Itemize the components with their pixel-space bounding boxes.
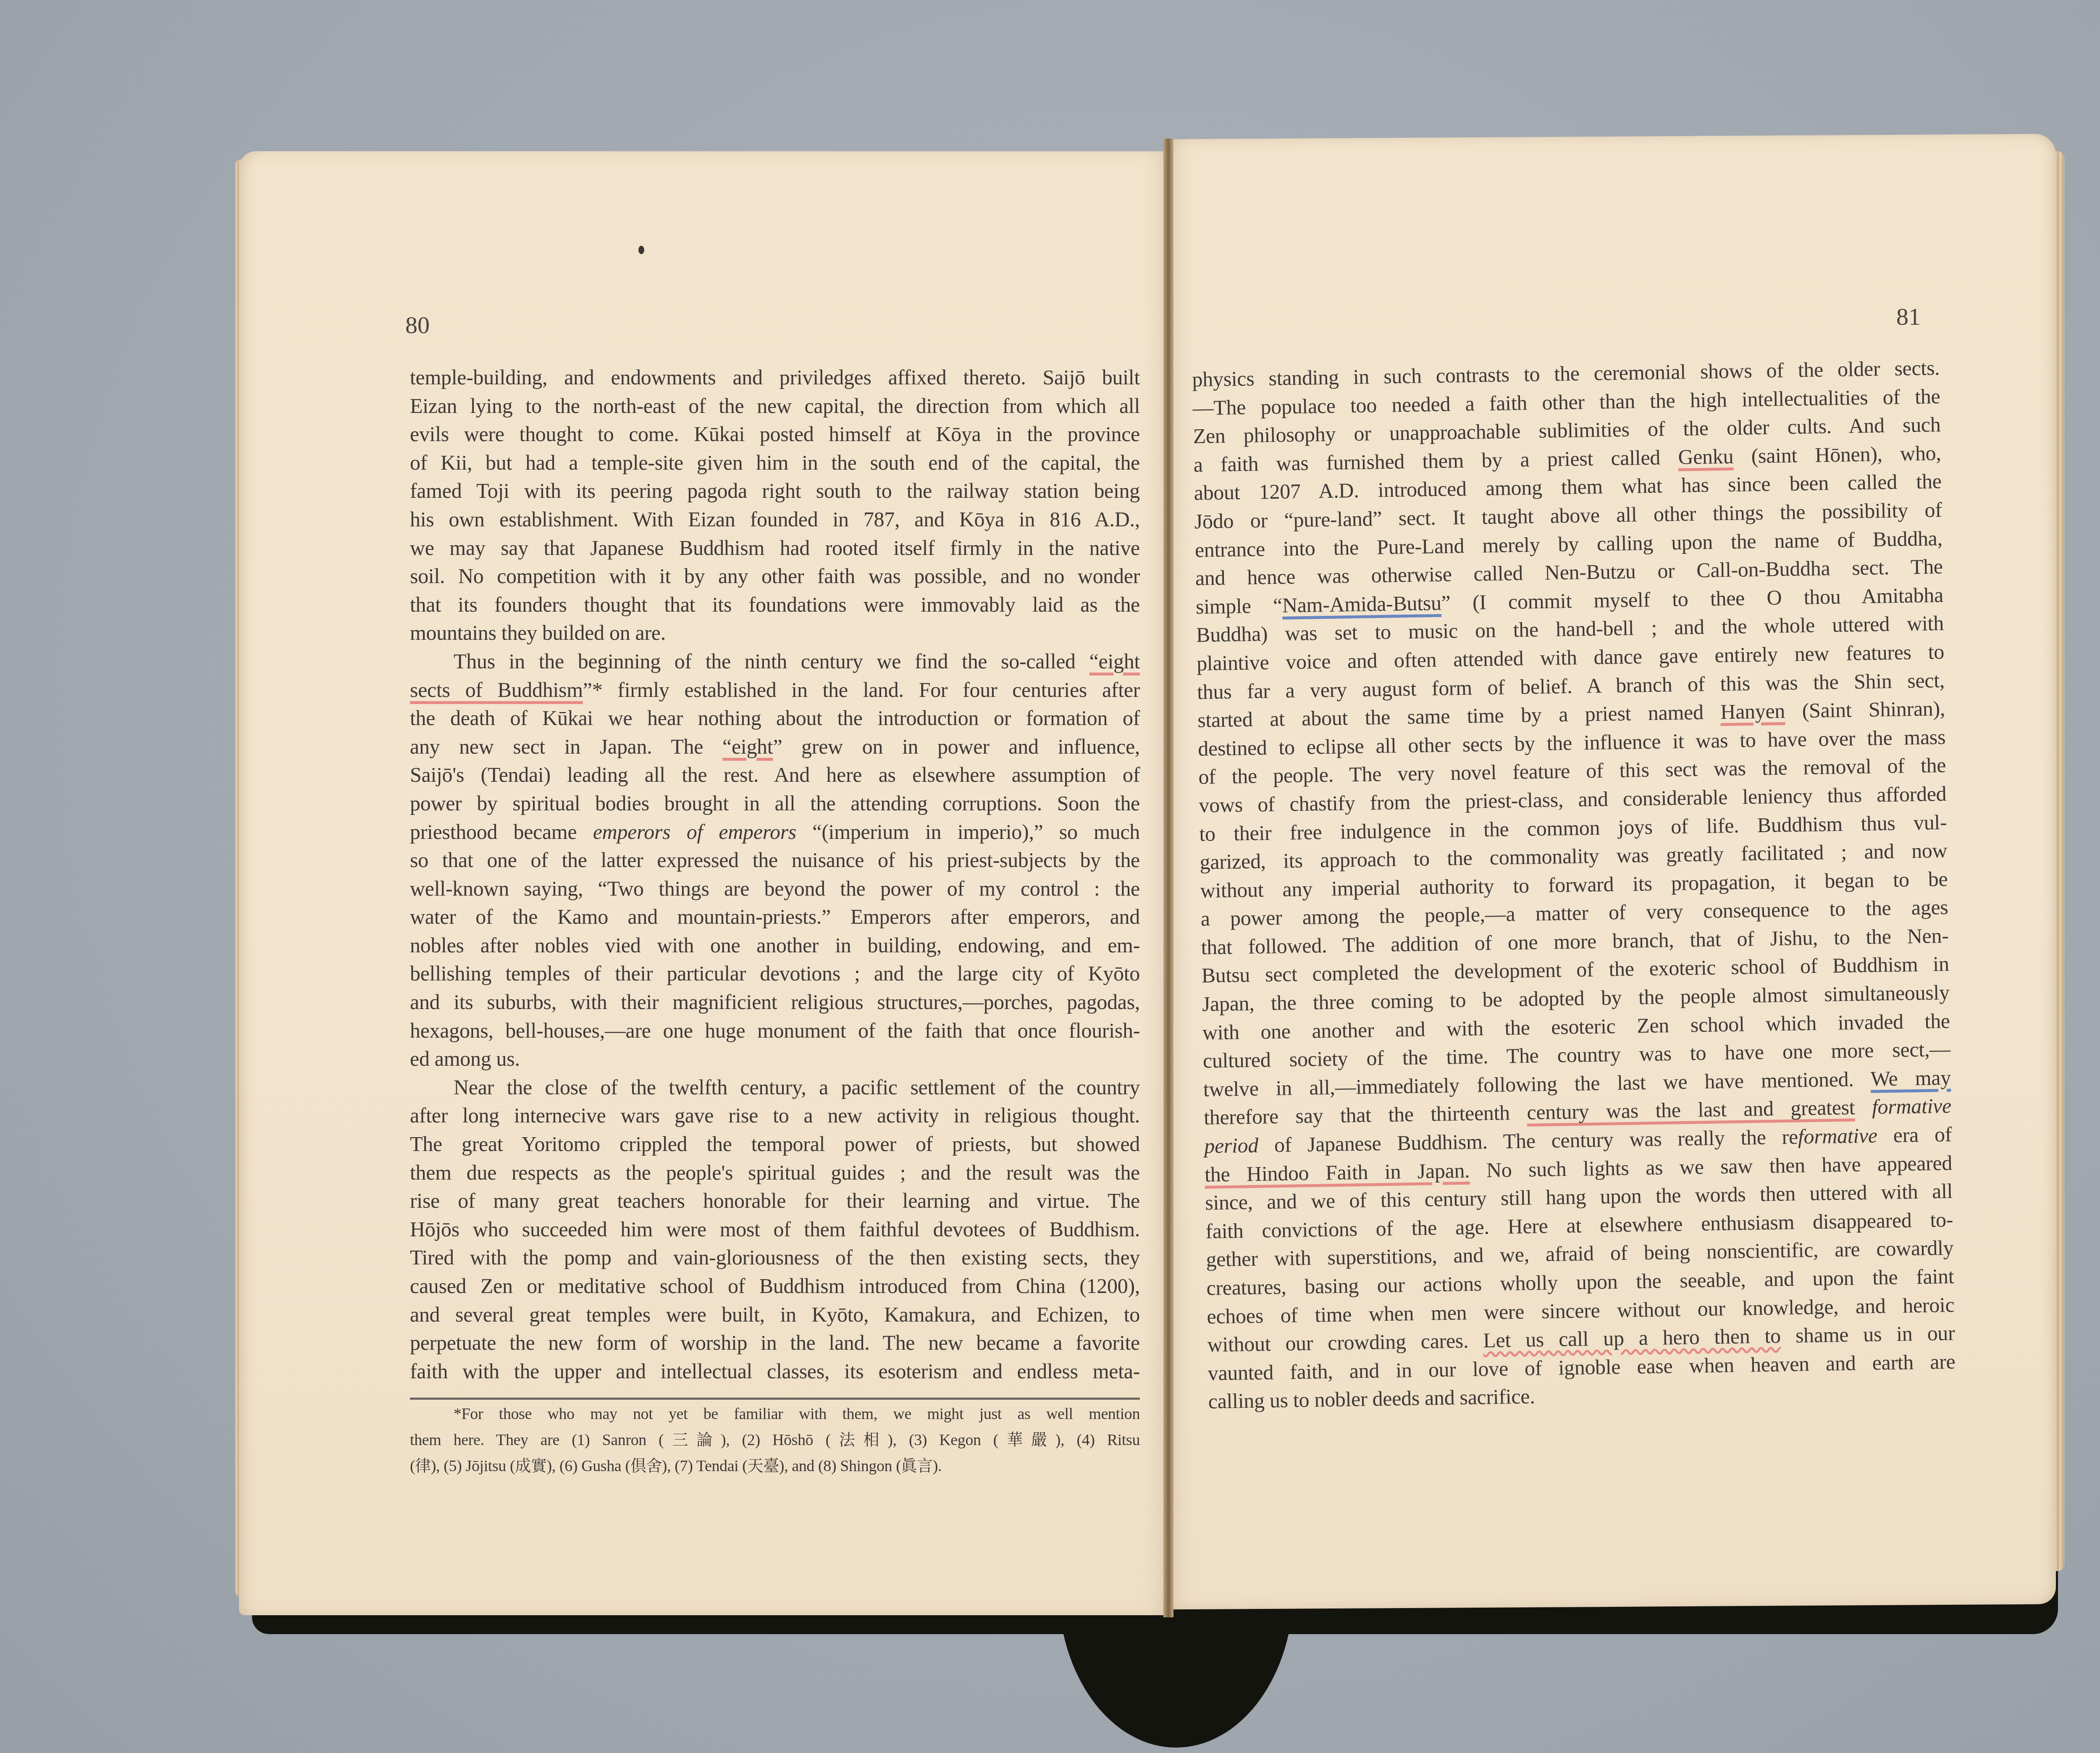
text-line: hexagons, bell-houses,—are one huge monu…: [410, 1017, 1140, 1045]
annotation-underline: century was the last and greatest: [1527, 1096, 1855, 1124]
left-page-number: 80: [405, 311, 430, 339]
text-line: Tired with the pomp and vain-gloriousnes…: [410, 1243, 1140, 1272]
text-line: ed among us.: [410, 1045, 1140, 1073]
text-line: perpetuate the new form of worship in th…: [410, 1329, 1140, 1357]
annotation-underline: Nam-Amida-Butsu: [1282, 591, 1441, 617]
left-page-footnote: *For those who may not yet be familiar w…: [410, 1401, 1140, 1479]
text-line: we may say that Japanese Buddhism had ro…: [410, 534, 1140, 562]
text-line: caused Zen or meditative school of Buddh…: [410, 1272, 1140, 1301]
text-line: temple-building, and endowments and priv…: [410, 363, 1140, 392]
ink-spot: [638, 246, 644, 254]
text-line: faith with the upper and intellectual cl…: [410, 1357, 1140, 1386]
text-line: nobles after nobles vied with one anothe…: [410, 931, 1140, 960]
text-line: *For those who may not yet be familiar w…: [410, 1401, 1140, 1427]
text-line: them due respects as the people's spirit…: [410, 1159, 1140, 1187]
left-page-body: temple-building, and endowments and priv…: [410, 363, 1140, 1385]
text-line: sects of Buddhism”* firmly established i…: [410, 676, 1140, 704]
text-line: his own establishment. With Eizan founde…: [410, 505, 1140, 534]
italic-phrase: period: [1204, 1133, 1259, 1158]
text-line: rise of many great teachers honorable fo…: [410, 1187, 1140, 1215]
annotation-underline: We may: [1870, 1066, 1951, 1091]
annotation-underline: “eight: [722, 735, 773, 758]
text-line: water of the Kamo and mountain-priests.”…: [410, 903, 1140, 931]
text-line: soil. No competition with it by any othe…: [410, 562, 1140, 591]
text-line: The great Yoritomo crippled the temporal…: [410, 1130, 1140, 1159]
text-line: any new sect in Japan. The “eight” grew …: [410, 733, 1140, 761]
right-page-body: physics standing in such contrasts to th…: [1192, 354, 1956, 1416]
text-line: so that one of the latter expressed the …: [410, 846, 1140, 875]
annotation-underline: the Hindoo Faith in Japan.: [1205, 1158, 1470, 1186]
text-line: mountains they builded on are.: [410, 619, 1140, 647]
text-line: Hōjōs who succeeded him were most of the…: [410, 1215, 1140, 1244]
italic-phrase: formative: [1872, 1094, 1952, 1119]
text-line: power by spiritual bodies brought in all…: [410, 789, 1140, 818]
text-line: famed Toji with its peering pagoda right…: [410, 477, 1140, 505]
text-line: the death of Kūkai we hear nothing about…: [410, 704, 1140, 733]
text-line: after long internecive wars gave rise to…: [410, 1101, 1140, 1130]
text-line: Saijō's (Tendai) leading all the rest. A…: [410, 761, 1140, 789]
book-gutter: [1163, 139, 1173, 1617]
text-line: bellishing temples of their particular d…: [410, 959, 1140, 988]
italic-phrase: formative: [1798, 1124, 1877, 1149]
text-line: of Kii, but had a temple-site given him …: [410, 449, 1140, 477]
text-line: Eizan lying to the north-east of the new…: [410, 392, 1140, 421]
annotation-underline: sects of Buddhism: [410, 678, 583, 702]
text-line: them here. They are (1) Sanron (三論), (2)…: [410, 1427, 1140, 1453]
right-page-number: 81: [1896, 302, 1921, 331]
text-line: priesthood became emperors of emperors “…: [410, 818, 1140, 846]
text-line: that its founders thought that its found…: [410, 591, 1140, 619]
annotation-underline: Hanyen: [1720, 699, 1785, 723]
text-line: Thus in the beginning of the ninth centu…: [410, 647, 1140, 676]
text-line: evils were thought to come. Kūkai posted…: [410, 420, 1140, 449]
text-line: Near the close of the twelfth century, a…: [410, 1073, 1140, 1102]
text-line: and several great temples were built, in…: [410, 1301, 1140, 1329]
annotation-underline: Genku: [1678, 444, 1734, 469]
annotation-underline: “eight: [1089, 649, 1140, 673]
text-line: well-known saying, “Two things are beyon…: [410, 875, 1140, 903]
text-line: and its suburbs, with their magnificient…: [410, 988, 1140, 1017]
text-line: (律), (5) Jōjitsu (成實), (6) Gusha (倶舍), (…: [410, 1453, 1140, 1479]
annotation-underline: Let us call up a hero then to: [1483, 1324, 1781, 1352]
italic-phrase: emperors of emperors: [593, 820, 796, 844]
footnote-rule: [410, 1398, 1140, 1400]
